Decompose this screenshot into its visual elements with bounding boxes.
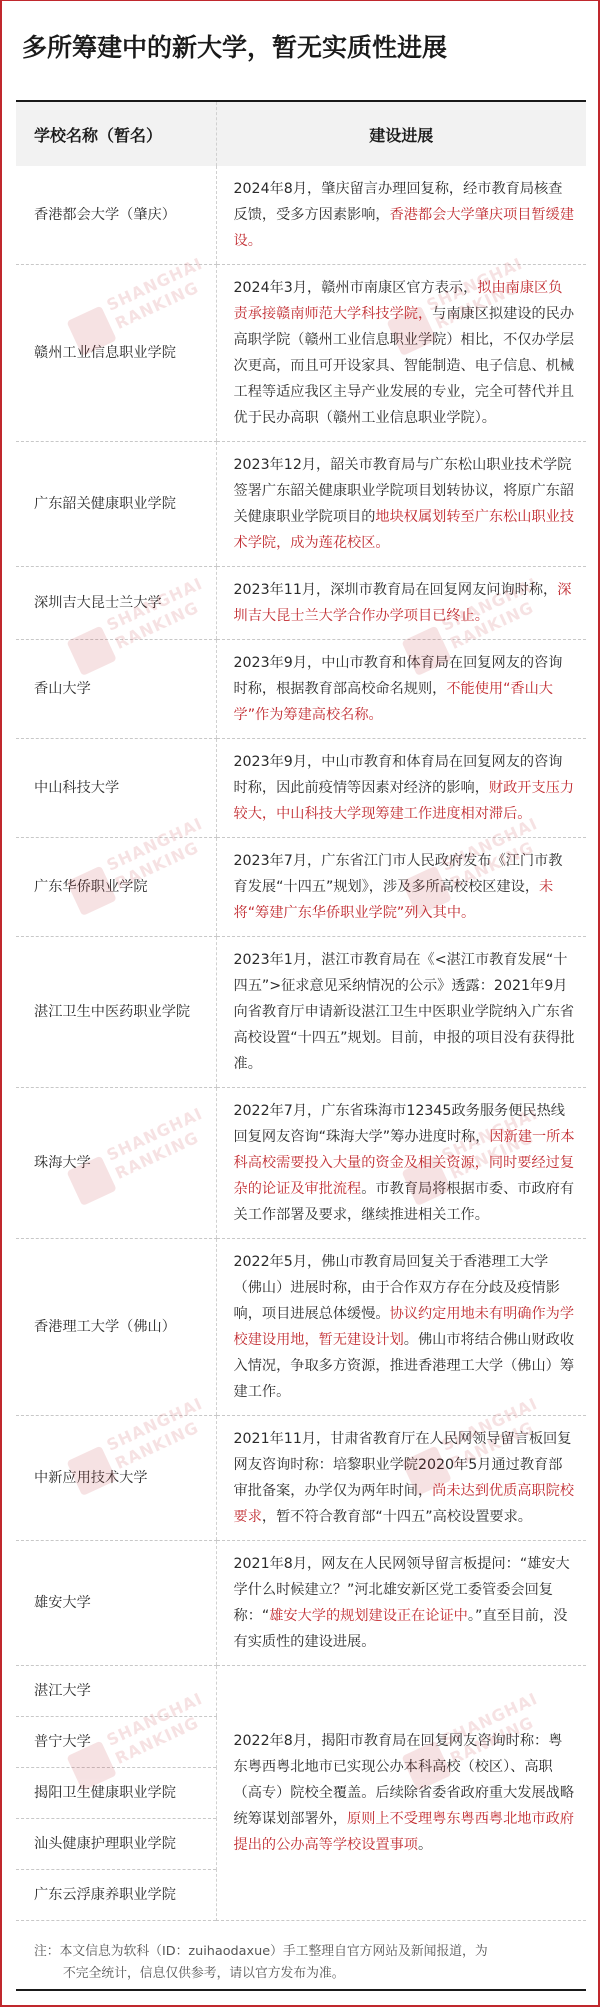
highlighted-text: 雄安大学的规划建设正在论证中	[269, 1608, 468, 1624]
progress-cell: 2021年11月，甘肃省教育厅在人民网领导留言板回复网友咨询时称：培黎职业学院2…	[216, 1416, 586, 1541]
progress-cell: 2021年8月，网友在人民网领导留言板提问：“雄安大学什么时候建立？”河北雄安新…	[216, 1541, 586, 1666]
table-row: 广东华侨职业学院2023年7月，广东省江门市人民政府发布《江门市教育发展“十四五…	[16, 838, 586, 937]
header-progress: 建设进展	[216, 102, 586, 166]
table-row: 珠海大学2022年7月，广东省珠海市12345政务服务便民热线回复网友咨询“珠海…	[16, 1088, 586, 1239]
school-name-cell: 揭阳卫生健康职业学院	[16, 1768, 216, 1819]
school-name-cell: 珠海大学	[16, 1088, 216, 1239]
table-row: 香港都会大学（肇庆）2024年8月，肇庆留言办理回复称，经市教育局核查反馈，受多…	[16, 166, 586, 265]
progress-cell: 2023年7月，广东省江门市人民政府发布《江门市教育发展“十四五”规划》，涉及多…	[216, 838, 586, 937]
progress-cell: 2022年7月，广东省珠海市12345政务服务便民热线回复网友咨询“珠海大学”筹…	[216, 1088, 586, 1239]
school-name-cell: 深圳吉大昆士兰大学	[16, 567, 216, 640]
table-row: 雄安大学2021年8月，网友在人民网领导留言板提问：“雄安大学什么时候建立？”河…	[16, 1541, 586, 1666]
progress-cell: 2022年5月，佛山市教育局回复关于香港理工大学（佛山）进展时称，由于合作双方存…	[216, 1239, 586, 1416]
table-row: 中新应用技术大学2021年11月，甘肃省教育厅在人民网领导留言板回复网友咨询时称…	[16, 1416, 586, 1541]
table-row: 深圳吉大昆士兰大学2023年11月，深圳市教育局在回复网友问询时称，深圳吉大昆士…	[16, 567, 586, 640]
progress-cell: 2023年9月，中山市教育和体育局在回复网友的咨询时称，因此前疫情等因素对经济的…	[216, 739, 586, 838]
progress-cell: 2023年11月，深圳市教育局在回复网友问询时称，深圳吉大昆士兰大学合作办学项目…	[216, 567, 586, 640]
table-row: 广东韶关健康职业学院2023年12月，韶关市教育局与广东松山职业技术学院签署广东…	[16, 442, 586, 567]
progress-text: 。	[418, 1837, 432, 1853]
school-name-cell: 香港理工大学（佛山）	[16, 1239, 216, 1416]
school-name-cell: 湛江大学	[16, 1666, 216, 1717]
school-name-cell: 中山科技大学	[16, 739, 216, 838]
progress-text: 2023年7月，广东省江门市人民政府发布《江门市教育发展“十四五”规划》，涉及多…	[234, 853, 563, 895]
progress-cell: 2024年3月，赣州市南康区官方表示，拟由南康区负责承接赣南师范大学科技学院，与…	[216, 265, 586, 442]
school-name-cell: 中新应用技术大学	[16, 1416, 216, 1541]
table-body: 香港都会大学（肇庆）2024年8月，肇庆留言办理回复称，经市教育局核查反馈，受多…	[16, 166, 586, 1921]
progress-cell: 2023年1月，湛江市教育局在《<湛江市教育发展“十四五”>征求意见采纳情况的公…	[216, 937, 586, 1088]
table-header-row: 学校名称（暂名） 建设进展	[16, 102, 586, 166]
school-name-cell: 湛江卫生中医药职业学院	[16, 937, 216, 1088]
progress-table: 学校名称（暂名） 建设进展 香港都会大学（肇庆）2024年8月，肇庆留言办理回复…	[16, 100, 586, 1921]
progress-text: 2023年11月，深圳市教育局在回复网友问询时称，	[234, 582, 558, 598]
page-title: 多所筹建中的新大学，暂无实质性进展	[22, 28, 447, 68]
progress-text: 2024年3月，赣州市南康区官方表示，	[234, 280, 478, 296]
school-name-cell: 广东韶关健康职业学院	[16, 442, 216, 567]
school-name-cell: 汕头健康护理职业学院	[16, 1819, 216, 1870]
progress-cell: 2023年9月，中山市教育和体育局在回复网友的咨询时称，根据教育部高校命名规则，…	[216, 640, 586, 739]
school-name-cell: 普宁大学	[16, 1717, 216, 1768]
progress-text: 2023年1月，湛江市教育局在《<湛江市教育发展“十四五”>征求意见采纳情况的公…	[234, 952, 575, 1072]
progress-cell: 2024年8月，肇庆留言办理回复称，经市教育局核查反馈，受多方因素影响，香港都会…	[216, 166, 586, 265]
table-row-grouped: 湛江大学2022年8月，揭阳市教育局在回复网友咨询时称：粤东粤西粤北地市已实现公…	[16, 1666, 586, 1717]
footnote-line-1: 注：本文信息为软科（ID：zuihaodaxue）手工整理自官方网站及新闻报道，…	[34, 1944, 488, 1959]
school-name-cell: 广东华侨职业学院	[16, 838, 216, 937]
progress-cell: 2022年8月，揭阳市教育局在回复网友咨询时称：粤东粤西粤北地市已实现公办本科高…	[216, 1666, 586, 1921]
progress-text: 与南康区拟建设的民办高职学院（赣州工业信息职业学院）相比，不仅办学层次更高，而且…	[234, 306, 575, 426]
footnote-line-2: 不完全统计，信息仅供参考，请以官方发布为准。	[34, 1963, 572, 1985]
footnote: 注：本文信息为软科（ID：zuihaodaxue）手工整理自官方网站及新闻报道，…	[16, 1936, 586, 1991]
school-name-cell: 香山大学	[16, 640, 216, 739]
table-row: 中山科技大学2023年9月，中山市教育和体育局在回复网友的咨询时称，因此前疫情等…	[16, 739, 586, 838]
table-row: 赣州工业信息职业学院2024年3月，赣州市南康区官方表示，拟由南康区负责承接赣南…	[16, 265, 586, 442]
table-row: 香山大学2023年9月，中山市教育和体育局在回复网友的咨询时称，根据教育部高校命…	[16, 640, 586, 739]
table-row: 湛江卫生中医药职业学院2023年1月，湛江市教育局在《<湛江市教育发展“十四五”…	[16, 937, 586, 1088]
progress-cell: 2023年12月，韶关市教育局与广东松山职业技术学院签署广东韶关健康职业学院项目…	[216, 442, 586, 567]
progress-text: ，暂不符合教育部“十四五”高校设置要求。	[262, 1509, 532, 1525]
school-name-cell: 雄安大学	[16, 1541, 216, 1666]
school-name-cell: 香港都会大学（肇庆）	[16, 166, 216, 265]
table-row: 香港理工大学（佛山）2022年5月，佛山市教育局回复关于香港理工大学（佛山）进展…	[16, 1239, 586, 1416]
school-name-cell: 赣州工业信息职业学院	[16, 265, 216, 442]
school-name-cell: 广东云浮康养职业学院	[16, 1870, 216, 1921]
header-school-name: 学校名称（暂名）	[16, 102, 216, 166]
